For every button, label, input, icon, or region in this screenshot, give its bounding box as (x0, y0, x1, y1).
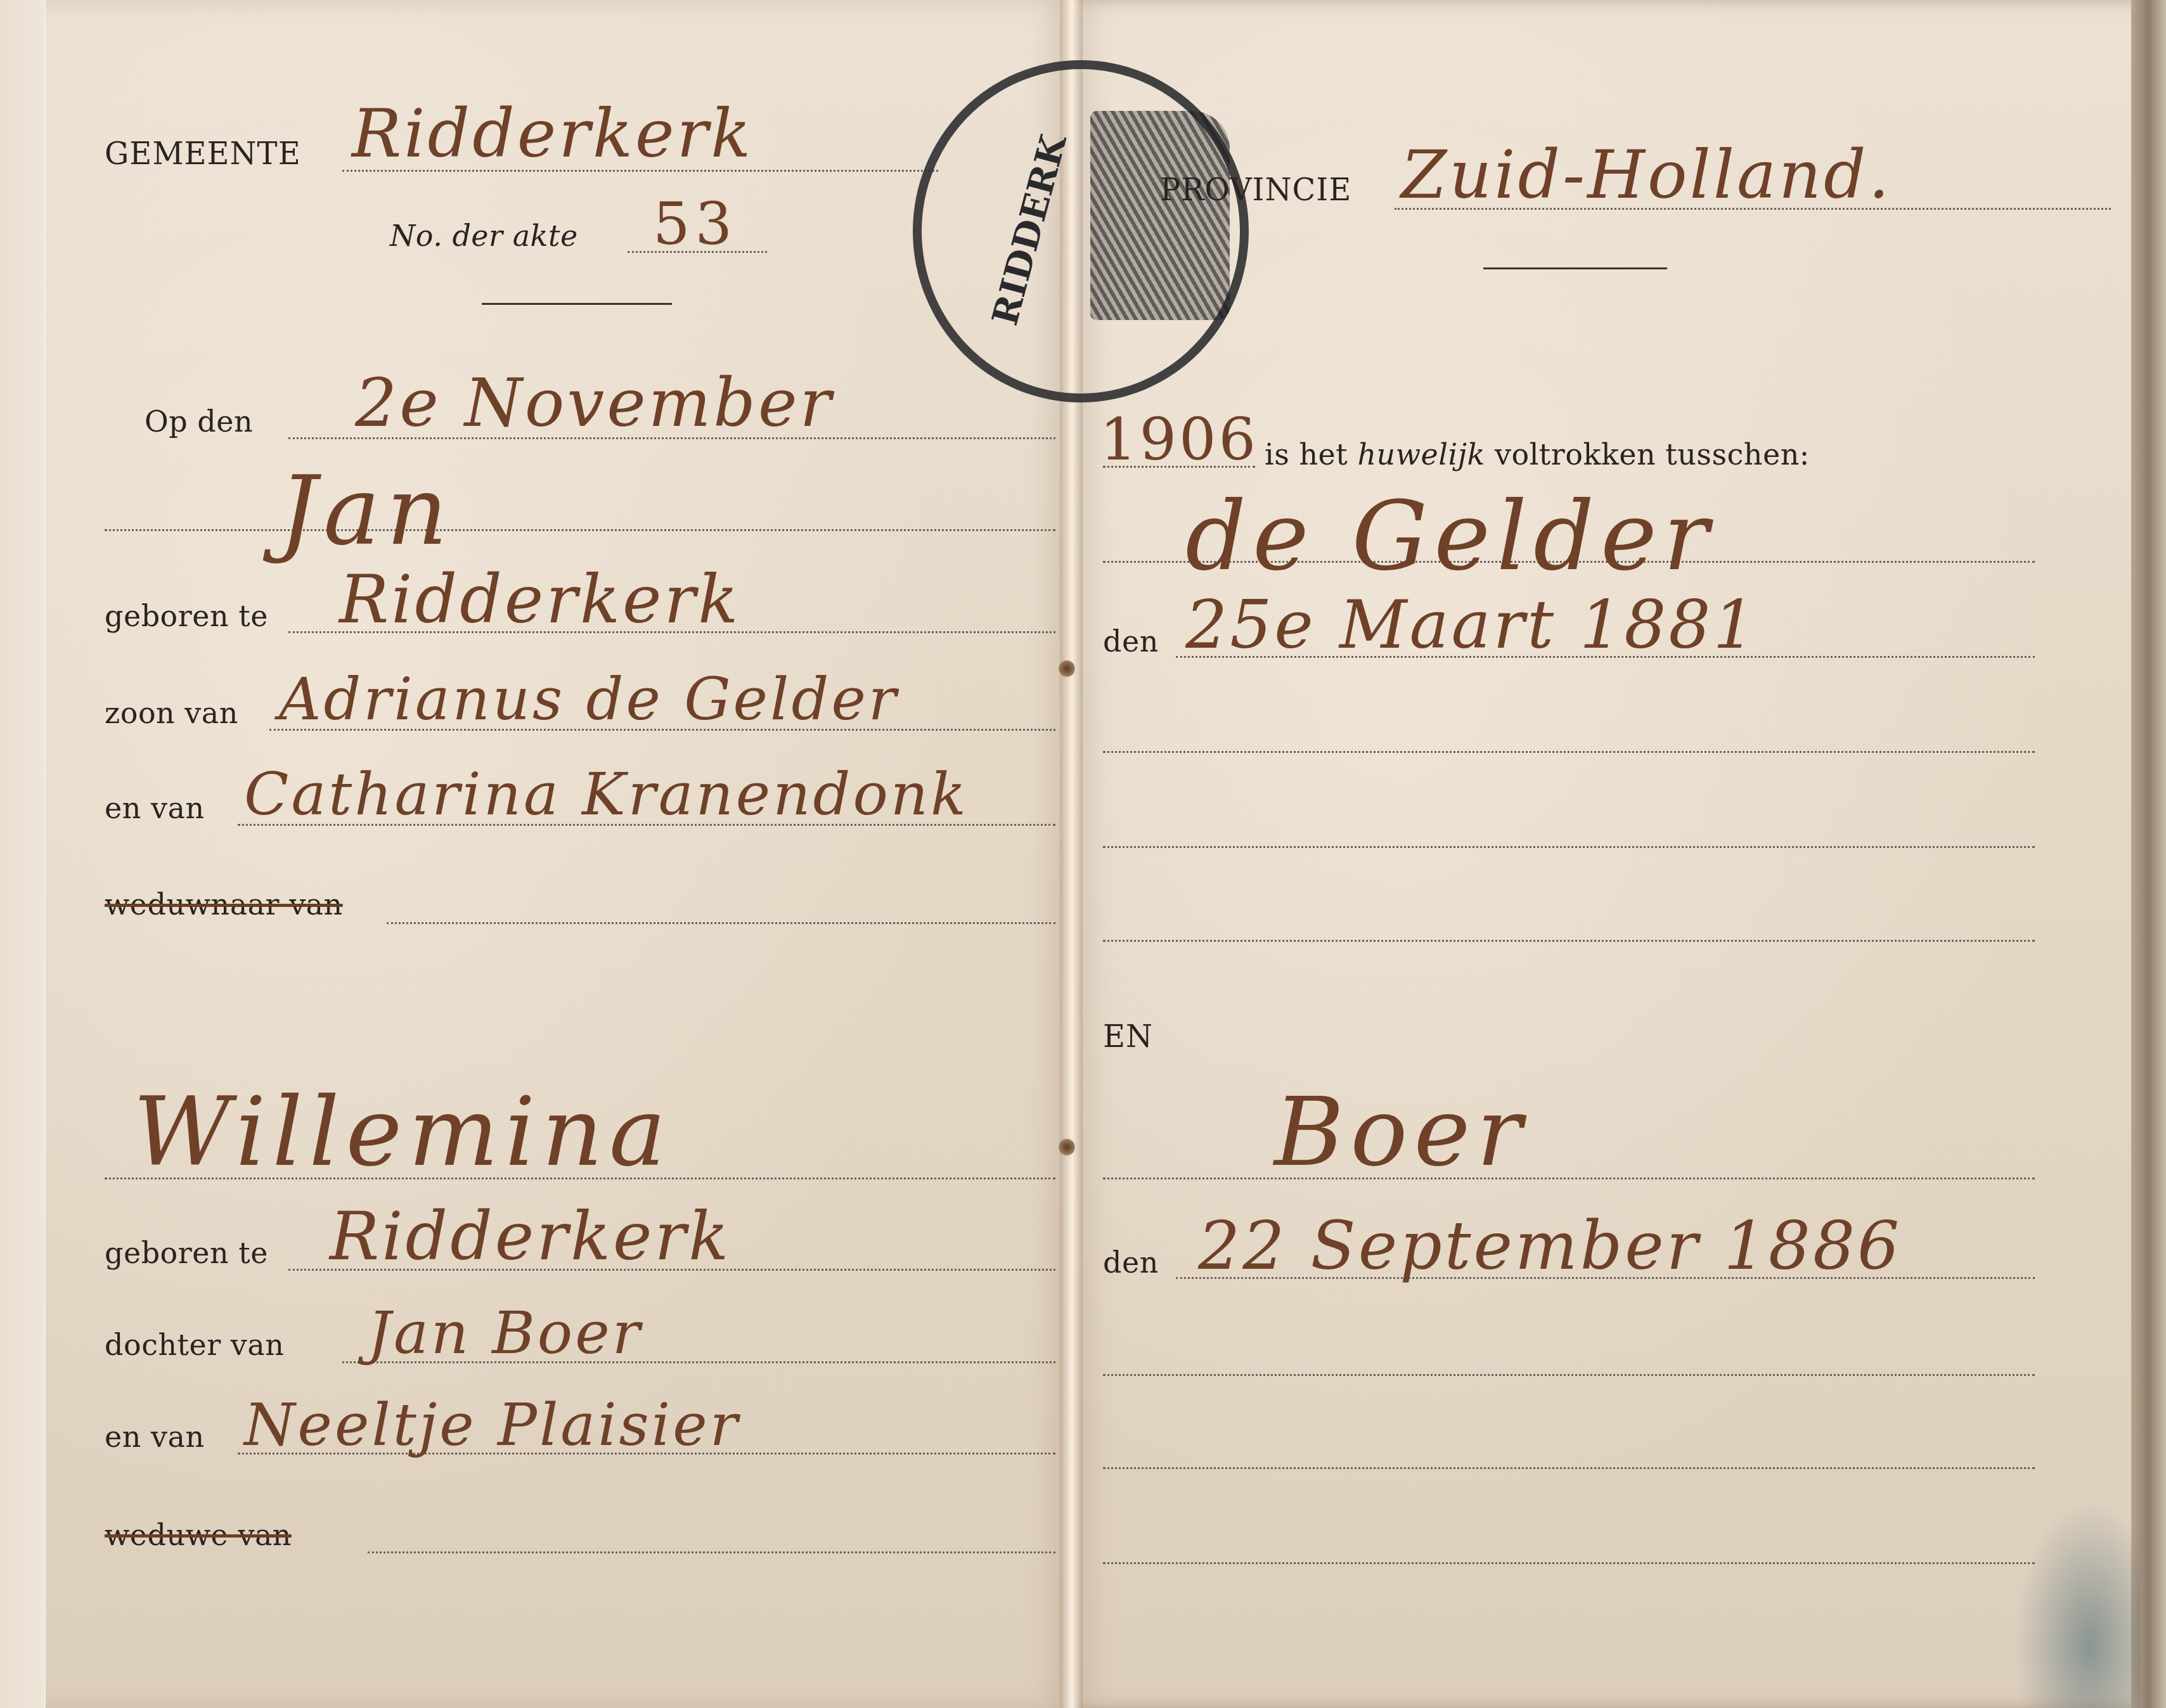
provincie-value: Zuid-Holland. (1401, 136, 1892, 214)
zoon-van-label: zoon van (105, 696, 238, 730)
gemeente-value: Ridderkerk (352, 95, 753, 172)
divider (482, 303, 672, 305)
born-label: geboren te (105, 1236, 268, 1270)
provincie-label: PROVINCIE (1160, 172, 1351, 208)
water-stain (2014, 1499, 2141, 1708)
groom-given-name: Jan (279, 456, 454, 567)
marriage-year: 1906 (1100, 406, 1258, 473)
akte-value: 53 (653, 190, 737, 258)
dotted-line (1103, 1374, 2035, 1376)
groom-surname: de Gelder (1185, 482, 1715, 592)
bride-mother-name: Neeltje Plaisier (244, 1391, 740, 1459)
bride-father-name: Jan Boer (368, 1299, 643, 1367)
den-label: den (1103, 624, 1159, 658)
dotted-line (1103, 940, 2035, 942)
dotted-line (1103, 1562, 2035, 1564)
dotted-line (1103, 846, 2035, 848)
dotted-line (105, 529, 1055, 531)
en-van-label: en van (105, 1420, 205, 1454)
binding-hole (1059, 1138, 1075, 1157)
binding-hole (1059, 659, 1075, 678)
page-edge-right (2131, 0, 2166, 1708)
groom-mother-name: Catharina Kranendonk (244, 761, 969, 828)
marriage-sentence: is het huwelijk voltrokken tusschen: (1265, 437, 1810, 472)
dotted-line (387, 922, 1055, 924)
akte-label: No. der akte (390, 219, 578, 253)
op-den-label: Op den (145, 404, 253, 439)
en-connector: EN (1103, 1019, 1153, 1055)
dotted-line (1103, 751, 2035, 753)
bride-birthdate-value: 22 September 1886 (1198, 1207, 1902, 1285)
dotted-line (1103, 1178, 2035, 1179)
bride-birthplace-value: Ridderkerk (330, 1198, 731, 1275)
dotted-line (368, 1551, 1055, 1553)
groom-birthplace-value: Ridderkerk (339, 561, 740, 638)
weduwe-label: weduwe van (105, 1518, 292, 1552)
groom-father-name: Adrianus de Gelder (279, 665, 899, 733)
en-van-label: en van (105, 791, 205, 825)
stamp-emblem (1090, 111, 1230, 320)
dochter-van-label: dochter van (105, 1328, 284, 1362)
bride-surname: Boer (1274, 1077, 1528, 1188)
page-edge-left (0, 0, 46, 1708)
gemeente-label: GEMEENTE (105, 136, 301, 172)
groom-birthdate-value: 25e Maart 1881 (1185, 586, 1758, 664)
born-label: geboren te (105, 599, 268, 633)
marriage-day-month: 2e November (355, 364, 834, 442)
bride-given-name: Willemina (133, 1077, 672, 1188)
weduwnaar-label: weduwnaar van (105, 887, 343, 921)
divider (1483, 267, 1667, 269)
den-label: den (1103, 1245, 1159, 1280)
dotted-line (1103, 1467, 2035, 1469)
